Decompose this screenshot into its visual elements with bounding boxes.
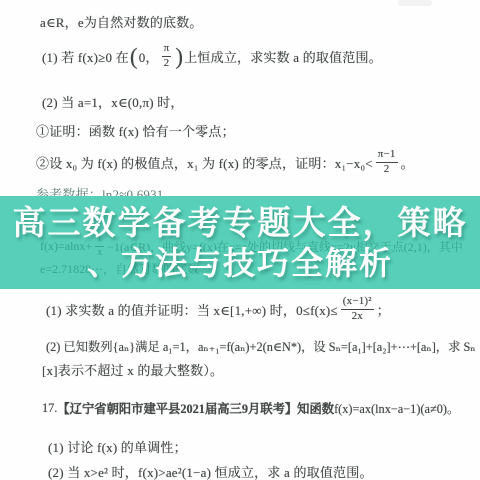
q17-part-2-line: (2) 当 x>e² 时，f(x)>ae²(1−a) 恒成立，求 a 的取值范围…: [48, 462, 373, 480]
q1-mid: 0，: [139, 47, 159, 66]
subpart-1-line: ①证明：函数 f(x) 恰有一个零点；: [36, 121, 235, 140]
b1-frac-denominator: 2x: [352, 310, 363, 323]
sub2-frac-denominator: 2: [384, 163, 390, 176]
q17-source: 【辽宁省朝阳市建平县2021届高三9月联考】知函数: [57, 399, 334, 417]
b1-post: ；: [377, 300, 390, 319]
q1-close-paren: ): [175, 45, 183, 68]
q17-part-1-line: (1) 讨论 f(x) 的单调性；: [48, 437, 187, 456]
q17-formula: f(x)=ax(lnx−a−1)(a≠0)。: [334, 399, 459, 417]
q17-number: 17.: [42, 401, 57, 416]
scan-artifact: [398, 0, 432, 6]
below-part-1-line: (1) 求实数 a 的值并证明：当 x∈[1,+∞) 时，0≤f(x)≤ (x−…: [46, 296, 390, 322]
below-part-2-line: (2) 已知数列{aₙ}满足 a₁=1，aₙ₊₁=f(aₙ)+2(n∈N*)，设…: [46, 337, 480, 355]
b2-text: (2) 已知数列{aₙ}满足 a₁=1，aₙ₊₁=f(aₙ)+2(n∈N*)，设…: [46, 337, 480, 355]
subpart-2-line: ②设 x₀ 为 f(x) 的极值点，x₁ 为 f(x) 的零点，证明：x₁−x₀…: [36, 149, 414, 175]
q1-pre: (1) 若 f(x)≥0 在: [42, 47, 129, 66]
q17-part1-text: (1) 讨论 f(x) 的单调性；: [48, 437, 187, 456]
sub2-post: 。: [401, 153, 414, 172]
sub2-frac-numerator: π−1: [376, 149, 398, 163]
below-part-2-continued-line: [x]表示不超过 x 的最大整数）。: [42, 360, 223, 379]
question-1-line: (1) 若 f(x)≥0 在 ( 0， π 2 ) 上恒成立，求实数 a 的取值…: [42, 43, 382, 69]
banner-title-line2: 、方法与技巧全解析: [0, 238, 480, 284]
intro-line: a∈R，e为自然对数的底数。: [40, 12, 203, 31]
question-17-header: 17. 【辽宁省朝阳市建平县2021届高三9月联考】知函数 f(x)=ax(ln…: [42, 399, 459, 417]
q1-open-paren: (: [130, 45, 138, 68]
intro-text: a∈R，e为自然对数的底数。: [40, 12, 203, 31]
sub1-text: ①证明：函数 f(x) 恰有一个零点；: [36, 121, 235, 140]
b1-frac-numerator: (x−1)²: [341, 296, 374, 310]
q1-frac-numerator: π: [162, 43, 172, 57]
q2-text: (2) 当 a=1，x∈(0,π) 时，: [42, 92, 184, 111]
title-banner: f(x)=alnx+ 1 x −1(a∈R)，曲线y=f(x)在x=e处的切线与…: [0, 196, 480, 289]
q1-frac-denominator: 2: [164, 57, 170, 70]
b2b-text: [x]表示不超过 x 的最大整数）。: [42, 360, 223, 379]
question-2-line: (2) 当 a=1，x∈(0,π) 时，: [42, 92, 184, 111]
b1-pre: (1) 求实数 a 的值并证明：当 x∈[1,+∞) 时，0≤f(x)≤: [46, 300, 338, 319]
sub2-fraction: π−1 2: [376, 149, 398, 175]
q17-part2-text: (2) 当 x>e² 时，f(x)>ae²(1−a) 恒成立，求 a 的取值范围…: [48, 462, 373, 480]
b1-fraction: (x−1)² 2x: [341, 296, 374, 322]
q1-fraction: π 2: [162, 43, 172, 69]
q1-post: 上恒成立，求实数 a 的取值范围。: [184, 47, 382, 66]
scanned-exam-page: a∈R，e为自然对数的底数。 (1) 若 f(x)≥0 在 ( 0， π 2 )…: [0, 0, 480, 480]
banner-title-line1: 高三数学备考专题大全，策略: [0, 197, 480, 244]
sub2-pre: ②设 x₀ 为 f(x) 的极值点，x₁ 为 f(x) 的零点，证明：x₁−x₀…: [36, 153, 373, 172]
